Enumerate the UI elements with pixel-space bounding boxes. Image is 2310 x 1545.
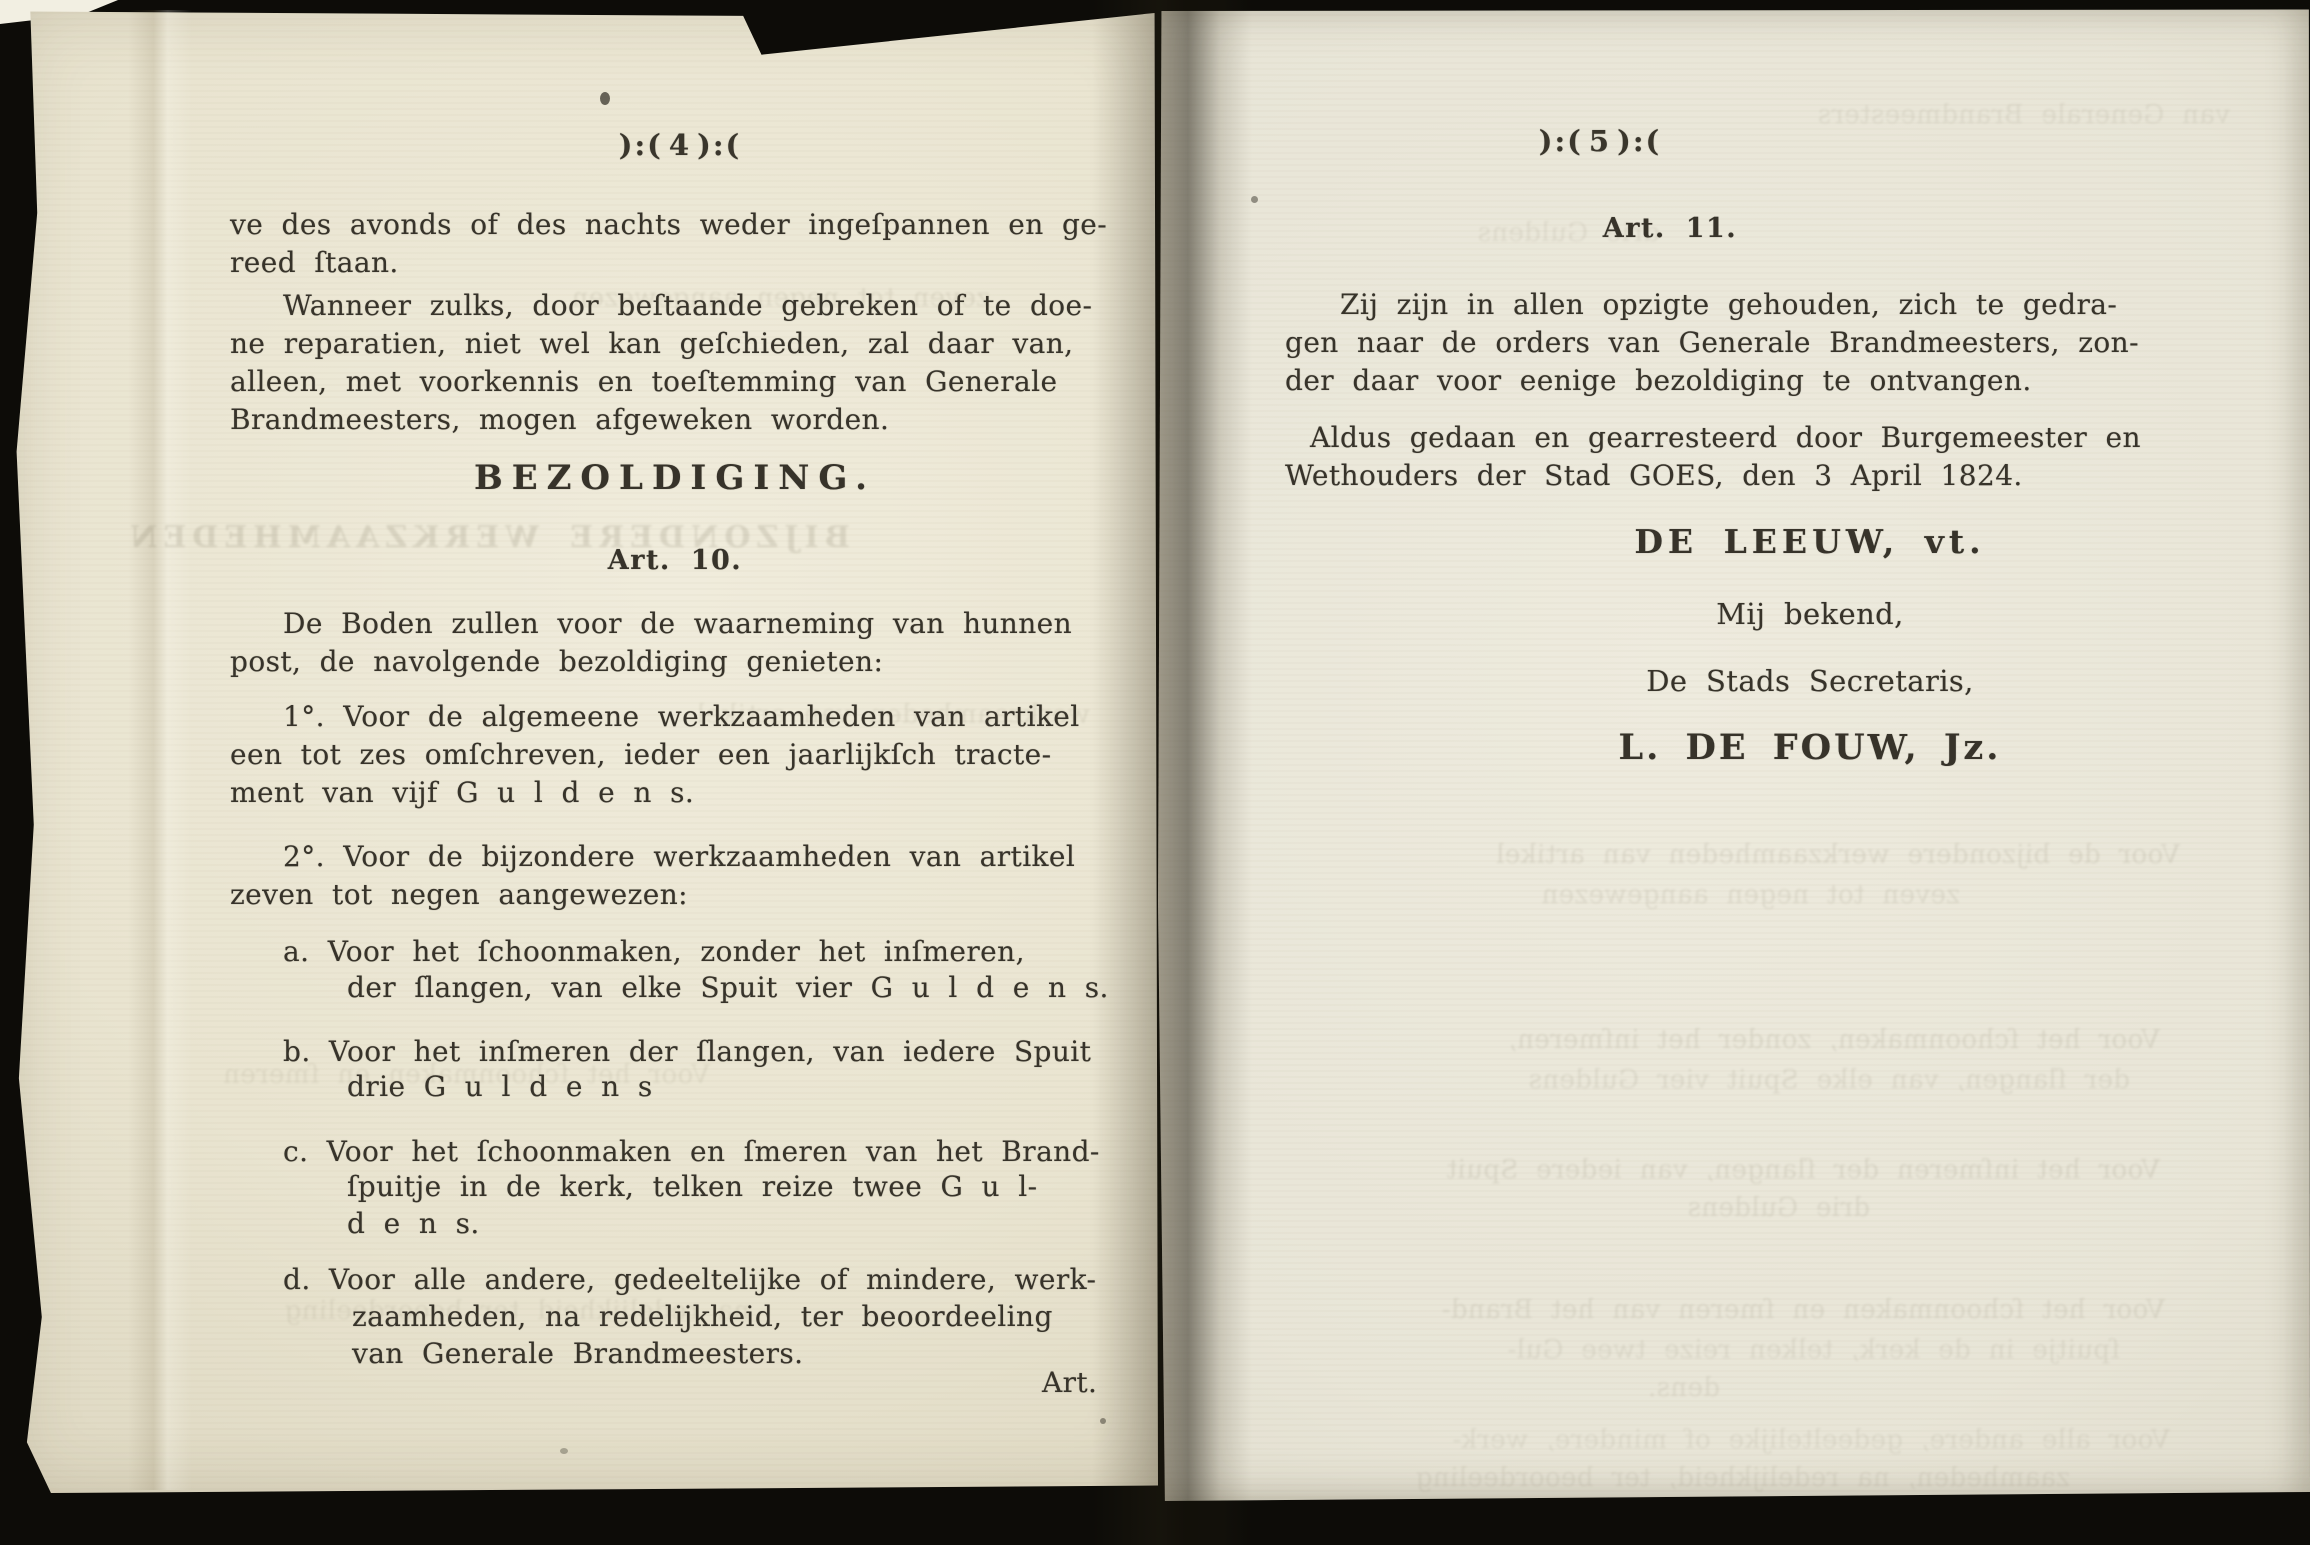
body-line: ne reparatien, niet wel kan geſchieden, …	[230, 327, 1073, 360]
sub-item-line: ſpuitje in de kerk, telken reize twee G …	[347, 1170, 1038, 1203]
right-page-header: ):(5):(	[1390, 124, 1810, 158]
page-gutter-shadow	[1092, 0, 1252, 1545]
bleedthrough-text: Voor het ſchoonmaken en ſmeren van het B…	[1335, 1295, 2165, 1325]
bleedthrough-text: Voor alle andere, gedeeltelijke of minde…	[1330, 1425, 2170, 1455]
ink-speck	[560, 1448, 568, 1454]
article-label: Art. 10.	[230, 545, 1120, 576]
list-item-line: een tot zes omſchreven, ieder een jaarli…	[230, 738, 1051, 771]
signature-title: De Stads Secretaris,	[1430, 664, 2190, 698]
bleedthrough-text: der ſlangen, van elke Spuit vier Guldens	[1370, 1065, 2130, 1095]
body-line: reed ſtaan.	[230, 246, 399, 279]
ink-speck	[600, 92, 610, 105]
header-ornament-icon: ):(	[619, 128, 663, 162]
sub-item-line: a. Voor het ſchoonmaken, zonder het inſm…	[283, 935, 1025, 968]
signature-name: DE LEEUW, vt.	[1430, 522, 2190, 561]
sub-item-line: der ſlangen, van elke Spuit vier G u l d…	[347, 971, 1109, 1004]
bleedthrough-text: Voor de bijzondere werkzaamheden van art…	[1330, 840, 2180, 870]
bleedthrough-text: zeven tot negen aangewezen	[1400, 880, 1960, 910]
sub-item-line: d e n s.	[347, 1207, 480, 1240]
sub-item-line: c. Voor het ſchoonmaken en ſmeren van he…	[283, 1135, 1100, 1168]
bleedthrough-text: drie Guldens	[1450, 1193, 1870, 1223]
body-line: Zij zijn in allen opzigte gehouden, zich…	[1340, 288, 2117, 321]
sub-item-line: zaamheden, na redelijkheid, ter beoordee…	[352, 1300, 1053, 1333]
body-line: Aldus gedaan en gearresteerd door Burgem…	[1310, 421, 2141, 454]
sub-item-line: drie G u l d e n s	[347, 1070, 653, 1103]
list-item-line: 1°. Voor de algemeene werkzaamheden van …	[283, 700, 1080, 733]
body-line: alleen, met voorkennis en toeſtemming va…	[230, 365, 1057, 398]
left-page-fold-crease	[128, 10, 192, 1490]
body-line: De Boden zullen voor de waarneming van h…	[283, 607, 1072, 640]
bleedthrough-text: dens.	[1560, 1373, 1720, 1403]
sub-item-line: d. Voor alle andere, gedeeltelijke of mi…	[283, 1263, 1096, 1296]
article-label: Art. 11.	[1350, 213, 1990, 244]
body-line: Wanneer zulks, door beſtaande gebreken o…	[283, 289, 1092, 322]
header-ornament-icon: ):(	[1539, 124, 1583, 158]
list-item-line: 2°. Voor de bijzondere werkzaamheden van…	[283, 840, 1075, 873]
list-item-line: ment van vijf G u l d e n s.	[230, 776, 694, 809]
sub-item-line: van Generale Brandmeesters.	[352, 1337, 803, 1370]
signature-attest: Mij bekend,	[1430, 597, 2190, 631]
ink-speck	[1100, 1418, 1106, 1424]
body-line: Wethouders der Stad GOES, den 3 April 18…	[1285, 459, 2023, 492]
right-page-number: 5	[1583, 124, 1617, 158]
bleedthrough-text: ſpuitje in de kerk, telken reize twee Gu…	[1370, 1335, 2120, 1365]
left-page-number: 4	[663, 128, 697, 162]
bleedthrough-text: zaamheden, na redelijkheid, ter beoordee…	[1370, 1463, 2070, 1493]
left-page-header: ):(4):(	[520, 128, 840, 162]
bleedthrough-text: Voor het inſmeren der ſlangen, van ieder…	[1340, 1155, 2160, 1185]
catchword: Art.	[1042, 1366, 1097, 1399]
signature-secretary: L. DE FOUW, Jz.	[1430, 727, 2190, 768]
body-line: Brandmeesters, mogen afgeweken worden.	[230, 403, 889, 436]
body-line: der daar voor eenige bezoldiging te ontv…	[1285, 364, 2032, 397]
bleedthrough-text: Voor het ſchoonmaken, zonder het inſmere…	[1340, 1025, 2160, 1055]
body-line: ve des avonds of des nachts weder ingeſp…	[230, 208, 1107, 241]
section-heading: BEZOLDIGING.	[230, 458, 1120, 498]
list-item-line: zeven tot negen aangewezen:	[230, 878, 688, 911]
ink-speck	[1251, 196, 1258, 203]
body-line: post, de navolgende bezoldiging genieten…	[230, 645, 883, 678]
header-ornament-icon: ):(	[1617, 124, 1661, 158]
body-line: gen naar de orders van Generale Brandmee…	[1285, 326, 2139, 359]
bleedthrough-text: van Generale Brandmeesters	[1900, 100, 2230, 130]
scanned-book-spread: ):(4):( ve des avonds of des nachts wede…	[0, 0, 2310, 1545]
sub-item-line: b. Voor het inſmeren der ſlangen, van ie…	[283, 1035, 1091, 1068]
header-ornament-icon: ):(	[697, 128, 741, 162]
